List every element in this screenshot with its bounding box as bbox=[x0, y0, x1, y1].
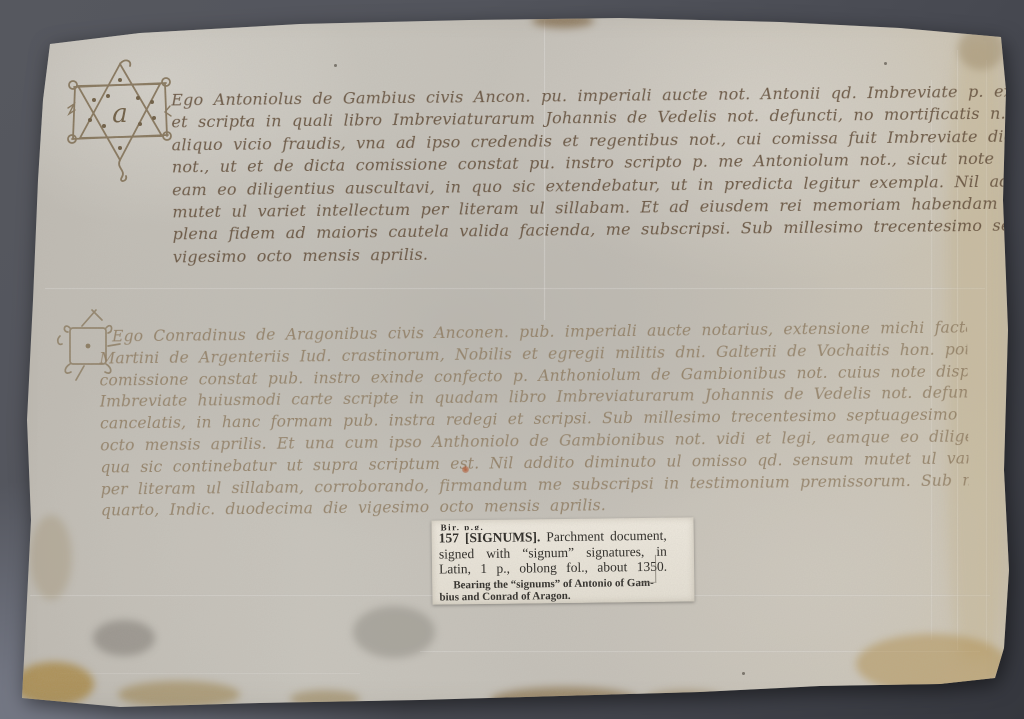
gray-blotch bbox=[353, 606, 435, 658]
parchment-sheet: a Ego Antoniolus de Gambius civis Ancon.… bbox=[0, 0, 1024, 719]
underlying-slip-edge bbox=[640, 555, 656, 583]
left-edge-stain bbox=[30, 515, 72, 600]
bottom-left-wax-stain bbox=[14, 662, 94, 706]
photo-of-parchment: { "photo": { "background_color": "#4a4c5… bbox=[0, 0, 1024, 719]
top-edge-stain bbox=[532, 13, 594, 28]
slip-entry-line1-text: Parchment document, bbox=[546, 528, 667, 544]
slip-entry-number: 157 bbox=[439, 530, 459, 545]
dark-smudge bbox=[93, 620, 155, 656]
bottom-stain-5 bbox=[645, 690, 725, 708]
catalog-slip: Bir. p.g. 157 [SIGNUMS]. Parchment docum… bbox=[431, 517, 694, 604]
parchment-wrapper: a Ego Antoniolus de Gambius civis Ancon.… bbox=[0, 0, 1024, 719]
ink-speck bbox=[884, 62, 887, 65]
slip-entry-text: 157 [SIGNUMS]. Parchment document, signe… bbox=[439, 528, 668, 577]
antonio-signum-drawing: a bbox=[66, 56, 174, 184]
slip-note-line-2: bius and Conrad of Aragon. bbox=[439, 589, 681, 604]
ink-speck bbox=[742, 672, 745, 675]
manuscript-paragraph-2: Ego Conradinus de Aragonibus civis Ancon… bbox=[99, 317, 969, 522]
slip-entry-line-3: Latin, 1 p., oblong fol., about 1350. bbox=[439, 559, 667, 577]
top-right-corner-stain bbox=[958, 28, 1004, 70]
slip-entry-heading: [SIGNUMS]. bbox=[465, 529, 541, 545]
red-ink-dot bbox=[462, 466, 469, 473]
fold-crease-horizontal-middle bbox=[45, 287, 985, 290]
antonio-signum-letter: a bbox=[112, 99, 128, 129]
bottom-left-stain-2 bbox=[118, 681, 240, 708]
bottom-stain-3 bbox=[290, 690, 360, 708]
ink-speck bbox=[334, 64, 337, 67]
bottom-right-wax-stain bbox=[856, 634, 1008, 694]
bottom-center-stain bbox=[490, 687, 640, 714]
manuscript-paragraph-1: Ego Antoniolus de Gambius civis Ancon. p… bbox=[171, 81, 1016, 269]
fold-crease-horizontal-bottom-left bbox=[60, 672, 360, 675]
